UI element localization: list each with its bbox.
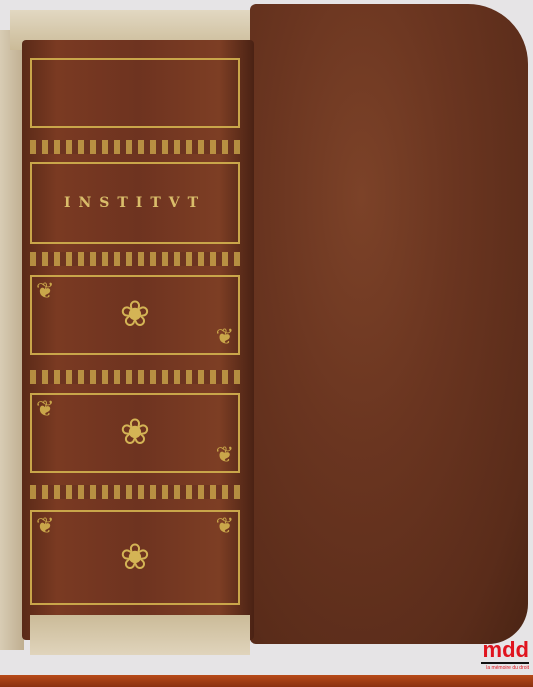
spine-panel-top bbox=[30, 58, 240, 128]
spine-title-text: INSTITVT bbox=[64, 195, 206, 211]
book-photo: INSTITVT ❀ ❦ ❦ ❀ ❦ ❦ ❀ ❦ ❦ bbox=[0, 0, 533, 687]
watermark-tagline: la mémoire du droit bbox=[481, 665, 529, 671]
spine-panel-ornament: ❀ ❦ ❦ bbox=[30, 275, 240, 355]
spine-panel-ornament: ❀ ❦ ❦ bbox=[30, 510, 240, 605]
spine-title-label: INSTITVT bbox=[30, 162, 240, 244]
page-edges-left bbox=[0, 30, 24, 650]
fleuron-icon: ❀ bbox=[120, 297, 150, 333]
fleuron-icon: ❀ bbox=[120, 415, 150, 451]
corner-scroll-icon: ❦ bbox=[36, 281, 54, 303]
watermark: mdd la mémoire du droit bbox=[481, 639, 529, 671]
watermark-rule bbox=[481, 662, 529, 664]
corner-scroll-icon: ❦ bbox=[216, 327, 234, 349]
watermark-logo: mdd bbox=[481, 639, 529, 661]
corner-scroll-icon: ❦ bbox=[36, 516, 54, 538]
tailcap-pages bbox=[30, 615, 250, 655]
corner-scroll-icon: ❦ bbox=[216, 516, 234, 538]
spine-raised-band bbox=[30, 140, 240, 154]
corner-scroll-icon: ❦ bbox=[216, 445, 234, 467]
fleuron-icon: ❀ bbox=[120, 540, 150, 576]
spine-raised-band bbox=[30, 252, 240, 266]
corner-scroll-icon: ❦ bbox=[36, 399, 54, 421]
spine-raised-band bbox=[30, 485, 240, 499]
spine-raised-band bbox=[30, 370, 240, 384]
leather-cover-board bbox=[250, 4, 528, 644]
spine-panel-ornament: ❀ ❦ ❦ bbox=[30, 393, 240, 473]
table-surface bbox=[0, 675, 533, 687]
